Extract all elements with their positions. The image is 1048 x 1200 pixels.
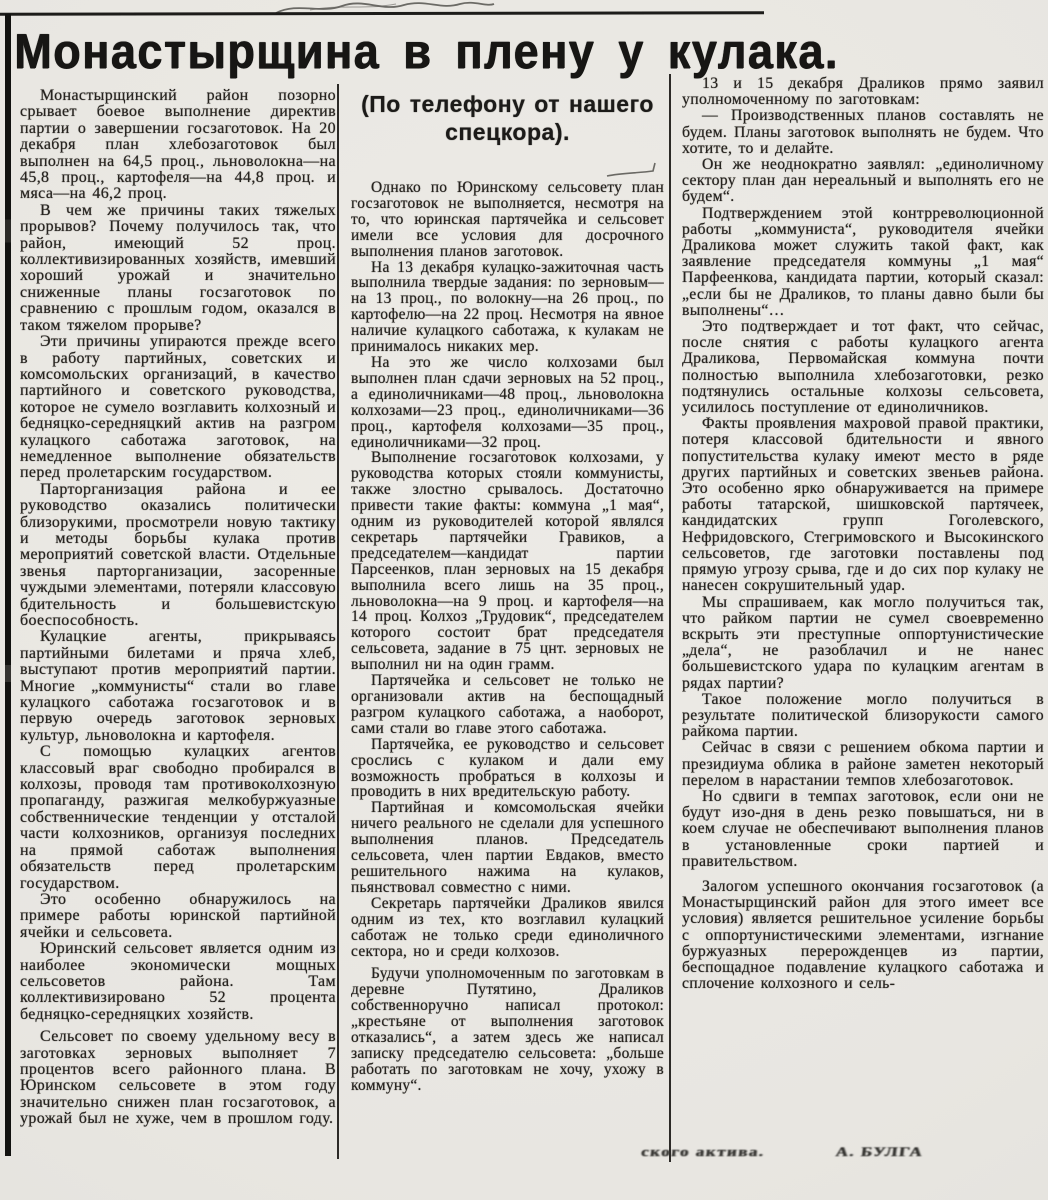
column-divider-2 [669, 74, 671, 1162]
paragraph: Такое положение могло получиться в резул… [682, 692, 1044, 741]
smudged-tail-text: ского актива. [640, 1144, 766, 1160]
paragraph: Это подтверждает и тот факт, что сейчас,… [682, 319, 1044, 416]
column-3: 13 и 15 декабря Драликов прямо заявил уп… [682, 76, 1044, 1144]
paragraph: Кулацкие агенты, прикрываясь партийными … [20, 629, 336, 744]
column-3-text: 13 и 15 декабря Драликов прямо заявил уп… [682, 76, 1044, 992]
paragraph: — Производственных планов составлять не … [682, 108, 1044, 157]
column-2-text: Однако по Юринскому сельсовету план госз… [351, 180, 664, 1094]
pen-checkmark [605, 160, 663, 182]
paragraph: Партийная и комсомольская ячейки ничего … [351, 800, 664, 895]
paragraph: На это же число колхозами был выполнен п… [351, 355, 664, 450]
paragraph: Секретарь партячейки Драликов явился одн… [351, 896, 664, 960]
paragraph: Сельсовет по своему удельному весу в заг… [20, 1029, 336, 1127]
paragraph: С помощью кулацких агентов классовый вра… [20, 744, 336, 892]
paragraph: Однако по Юринскому сельсовету план госз… [351, 180, 664, 260]
column-divider-1 [337, 84, 339, 1159]
paragraph: Мы спрашиваем, как могло получиться так,… [682, 595, 1044, 692]
left-edge-rule [5, 14, 11, 1156]
paragraph: Монастырщинский район позорно срывает бо… [20, 88, 336, 203]
smudged-tail-row: ского актива. А. БУЛГА [640, 1144, 924, 1160]
paragraph: Выполнение госзаготовок колхозами, у рук… [351, 450, 664, 673]
paragraph: Подтверждением этой контрреволюционной р… [682, 206, 1044, 319]
paragraph: Залогом успешного окончания госзаготовок… [682, 879, 1044, 992]
subhead-by-telephone: (По телефону от нашего спецкора). [355, 90, 660, 146]
paragraph: Юринский сельсовет является одним из наи… [20, 941, 336, 1023]
paragraph: Это особенно обнаружилось на примере раб… [20, 892, 336, 941]
paragraph: Будучи уполномоченным по заготовкам в де… [351, 966, 664, 1093]
paragraph: Сейчас в связи с решением обкома партии … [682, 740, 1044, 789]
paragraph: На 13 декабря кулацко-зажиточная часть в… [351, 260, 664, 355]
paragraph: Парторганизация района и ее руководство … [20, 482, 336, 630]
paragraph: Партячейка, ее руководство и сельсовет с… [351, 737, 664, 801]
author-signature: А. БУЛГА [834, 1144, 924, 1160]
article-headline: Монастырщина в плену у кулака. [14, 26, 839, 76]
column-1-text: Монастырщинский район позорно срывает бо… [20, 88, 336, 1128]
paragraph: В чем же причины таких тяжелых прорывов?… [20, 203, 336, 334]
newspaper-page: Монастырщина в плену у кулака. Монастырщ… [0, 0, 1048, 1200]
column-1: Монастырщинский район позорно срывает бо… [20, 88, 336, 1188]
paragraph: Эти причины упираются прежде всего в раб… [20, 334, 336, 482]
paragraph: Он же неоднократно заявлял: „единоличном… [682, 157, 1044, 206]
paragraph: 13 и 15 декабря Драликов прямо заявил уп… [682, 76, 1044, 108]
paragraph: Партячейка и сельсовет не только не орга… [351, 673, 664, 737]
column-2: (По телефону от нашего спецкора). Однако… [351, 88, 664, 1192]
paragraph: Но сдвиги в темпах заготовок, если они н… [682, 789, 1044, 870]
pen-scribble [270, 0, 500, 18]
paragraph: Факты проявления махровой правой практик… [682, 416, 1044, 594]
